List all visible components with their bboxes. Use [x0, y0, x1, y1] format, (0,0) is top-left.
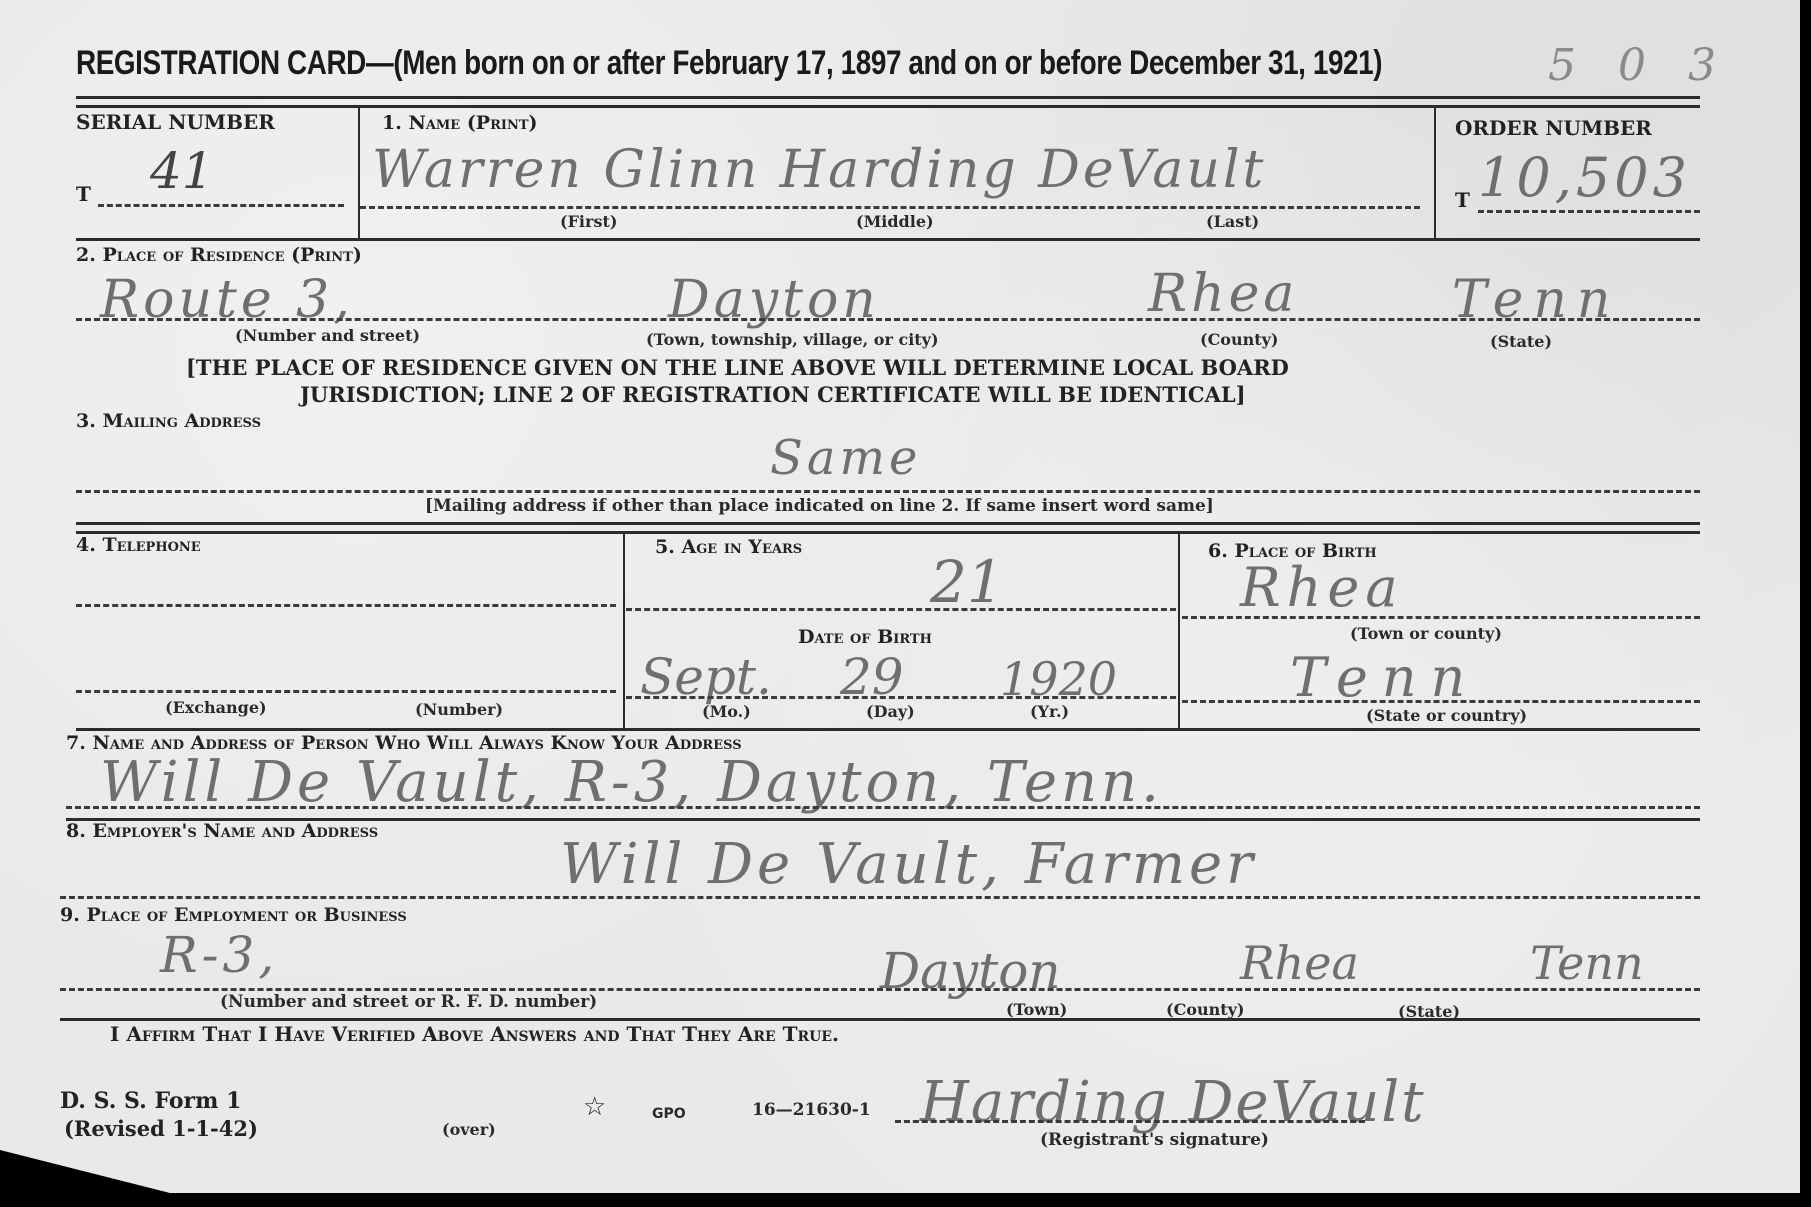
star-icon: ☆ [583, 1092, 606, 1122]
row-rule [76, 728, 1700, 731]
state-caption: (State) [1490, 332, 1552, 351]
registrant-signature: Harding DeVault [920, 1070, 1426, 1135]
age-line [626, 608, 1176, 611]
age-label: 5. Age in Years [655, 536, 802, 558]
county-caption: (County) [1200, 330, 1279, 349]
residence-county: Rhea [1148, 264, 1298, 324]
dob-line [626, 696, 1176, 699]
yr-caption: (Yr.) [1030, 702, 1069, 721]
dob-label: Date of Birth [798, 626, 932, 648]
form-number: D. S. S. Form 1 [60, 1088, 241, 1114]
affirmation: I Affirm That I Have Verified Above Answ… [110, 1022, 839, 1046]
employment-street-caption: (Number and street or R. F. D. number) [220, 992, 597, 1012]
divider [1434, 108, 1436, 238]
telephone-line2 [76, 690, 616, 693]
order-number-value: 10,503 [1478, 146, 1691, 209]
residence-label: 2. Place of Residence (Print) [76, 244, 362, 266]
section-rule [76, 522, 1700, 534]
residence-town: Dayton [668, 270, 880, 330]
telephone-line1 [76, 604, 616, 607]
employer-value: Will De Vault, Farmer [560, 832, 1257, 897]
mailing-caption: [Mailing address if other than place ind… [425, 496, 1214, 516]
mailing-label: 3. Mailing Address [76, 410, 261, 432]
middle-caption: (Middle) [856, 212, 934, 231]
divider [358, 108, 360, 238]
first-caption: (First) [560, 212, 617, 231]
order-line [1478, 210, 1700, 213]
birthplace-town-caption: (Town or county) [1350, 624, 1502, 643]
birthplace-line2 [1182, 700, 1700, 703]
name-value: Warren Glinn Harding DeVault [372, 140, 1266, 200]
serial-number-label: SERIAL NUMBER [76, 110, 275, 134]
over-note: (over) [442, 1120, 496, 1139]
card-title: REGISTRATION CARD—(Men born on or after … [76, 44, 1382, 83]
telephone-label: 4. Telephone [76, 534, 201, 556]
birthplace-state-caption: (State or country) [1366, 706, 1527, 725]
employment-county-caption: (County) [1166, 1000, 1245, 1019]
age-value: 21 [930, 548, 1004, 616]
residence-notice-line1: [THE PLACE OF RESIDENCE GIVEN ON THE LIN… [186, 355, 1289, 380]
residence-street: Route 3, [100, 270, 354, 330]
order-number-label: ORDER NUMBER [1455, 116, 1652, 140]
day-caption: (Day) [866, 702, 915, 721]
serial-line [98, 204, 344, 207]
contact-line [66, 806, 1700, 809]
street-caption: (Number and street) [235, 326, 420, 345]
row-rule [76, 238, 1700, 241]
number-caption: (Number) [415, 700, 503, 719]
residence-line [76, 318, 1700, 321]
employment-county: Rhea [1240, 936, 1359, 990]
header-rule [76, 96, 1700, 108]
employment-line [60, 988, 1700, 991]
order-prefix: T [1455, 188, 1470, 212]
row-rule [60, 1018, 1700, 1021]
serial-prefix: T [76, 182, 91, 206]
corner-note: 5 0 3 [1548, 40, 1730, 91]
employment-street: R-3, [160, 926, 278, 984]
birthplace-town: Rhea [1240, 556, 1404, 619]
birthplace-line1 [1182, 616, 1700, 619]
mo-caption: (Mo.) [702, 702, 751, 721]
mailing-value: Same [770, 430, 921, 486]
employment-town-caption: (Town) [1006, 1000, 1067, 1019]
serial-number-value: 41 [150, 142, 214, 200]
name-line [360, 206, 1420, 209]
divider [623, 532, 625, 728]
employment-town: Dayton [880, 942, 1061, 1000]
employer-line [60, 896, 1700, 899]
residence-state: Tenn [1452, 270, 1620, 330]
signature-line [895, 1120, 1365, 1123]
employment-label: 9. Place of Employment or Business [60, 904, 407, 926]
residence-notice-line2: JURISDICTION; LINE 2 OF REGISTRATION CER… [300, 382, 1246, 407]
name-label: 1. Name (Print) [382, 112, 538, 134]
last-caption: (Last) [1206, 212, 1259, 231]
employment-state: Tenn [1530, 936, 1644, 990]
registration-card: REGISTRATION CARD—(Men born on or after … [0, 0, 1800, 1193]
mailing-line [76, 490, 1700, 493]
form-revised: (Revised 1-1-42) [64, 1116, 258, 1141]
divider [1178, 532, 1180, 728]
print-code: 16—21630-1 [752, 1100, 871, 1120]
exchange-caption: (Exchange) [165, 698, 267, 717]
signature-caption: (Registrant's signature) [1040, 1130, 1269, 1150]
gpo-mark: GPO [652, 1106, 686, 1122]
employer-label: 8. Employer's Name and Address [66, 820, 378, 842]
town-caption: (Town, township, village, or city) [646, 330, 939, 349]
